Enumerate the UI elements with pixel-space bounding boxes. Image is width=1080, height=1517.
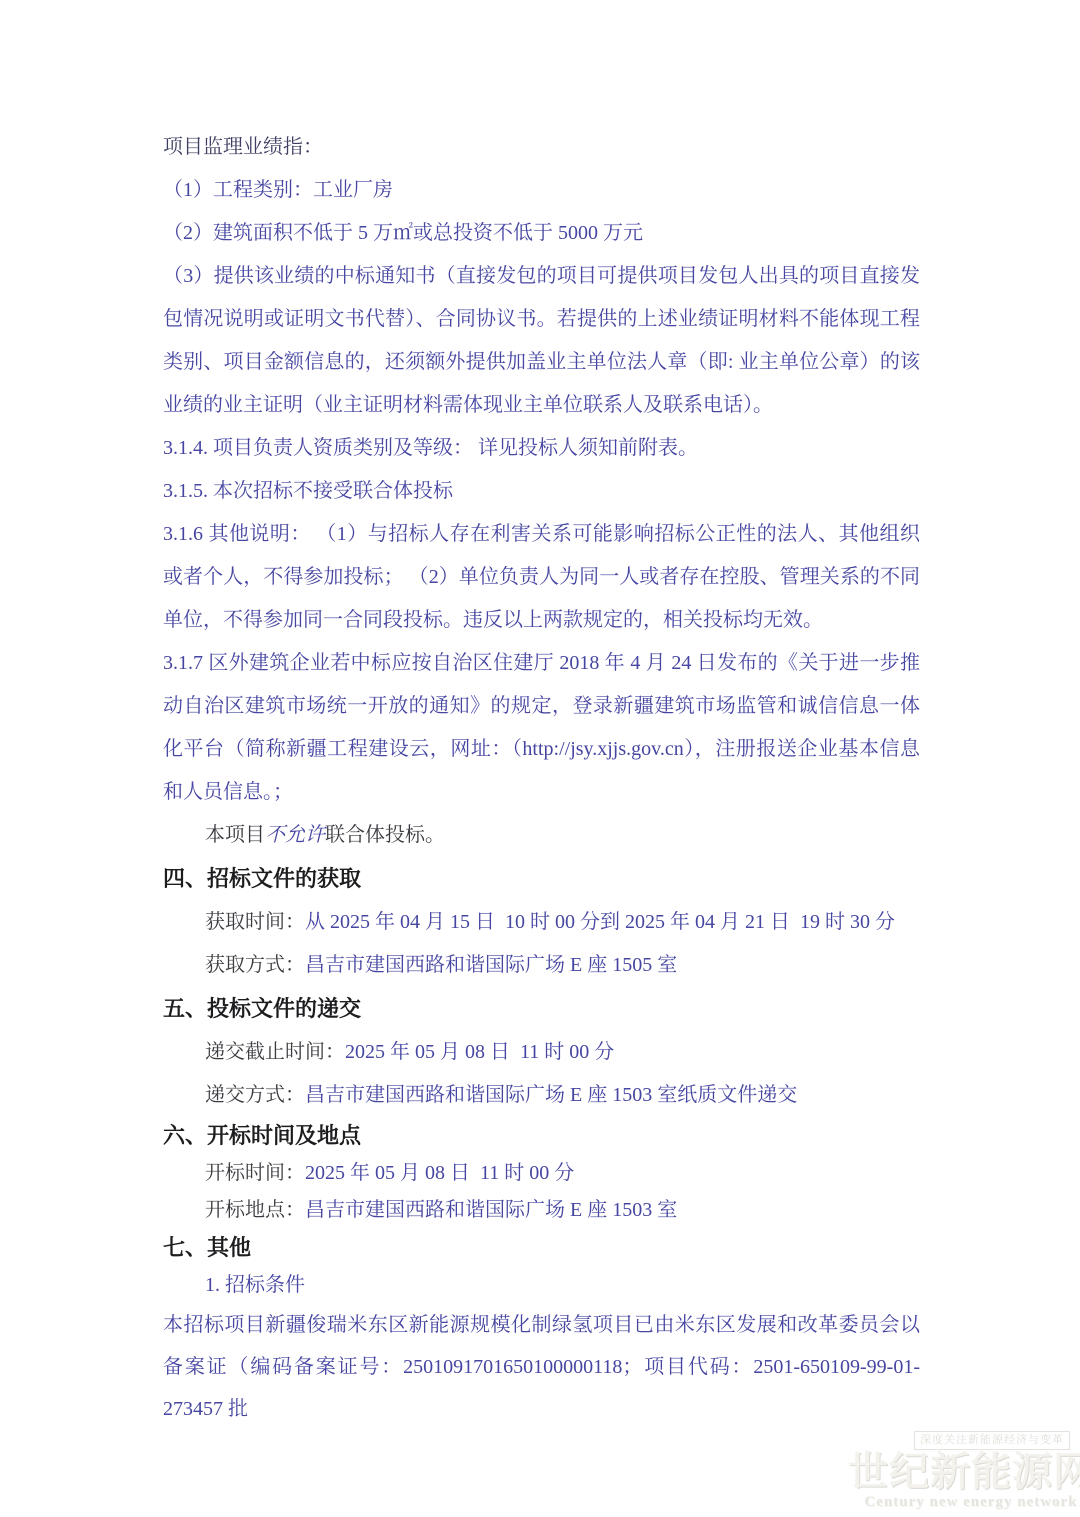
paragraph-item-1: （1）工程类别：工业厂房 [163,169,920,212]
paragraph-no-consortium: 本项目不允许联合体投标。 [163,814,920,857]
acquisition-method-label: 获取方式： [205,954,305,976]
section-heading-bid-opening: 六、开标时间及地点 [163,1117,920,1155]
section-heading-others: 七、其他 [163,1229,920,1267]
watermark-tagline-box: 深度关注新能源经济与变革 [846,1430,1080,1450]
paragraph-project-filing: 本招标项目新疆俊瑞米东区新能源规模化制绿氢项目已由米东区发展和改革委员会以备案证… [163,1304,920,1430]
watermark-subtitle: Century new energy network [846,1494,1080,1511]
section-heading-document-acquisition: 四、招标文件的获取 [163,857,920,901]
opening-place-row: 开标地点：昌吉市建国西路和谐国际广场 E 座 1503 室 [163,1192,920,1229]
document-content: 项目监理业绩指： （1）工程类别：工业厂房 （2）建筑面积不低于 5 万㎡或总投… [163,126,920,1430]
acquisition-time-label: 获取时间： [205,911,305,933]
paragraph-item-3: （3）提供该业绩的中标通知书（直接发包的项目可提供项目发包人出具的项目直接发包情… [163,255,920,427]
no-consortium-suffix: 联合体投标。 [325,824,445,846]
submission-deadline-label: 递交截止时间： [205,1041,345,1063]
paragraph-3-1-6: 3.1.6 其他说明： （1）与招标人存在利害关系可能影响招标公正性的法人、其他… [163,513,920,642]
paragraph-3-1-5: 3.1.5. 本次招标不接受联合体投标 [163,470,920,513]
opening-time-row: 开标时间：2025 年 05 月 08 日 11 时 00 分 [163,1155,920,1192]
watermark: 深度关注新能源经济与变革 世纪新能源网 Century new energy n… [846,1430,1080,1511]
opening-time-value: 2025 年 05 月 08 日 11 时 00 分 [305,1162,574,1184]
opening-place-label: 开标地点： [205,1199,305,1221]
acquisition-time-row: 获取时间：从 2025 年 04 月 15 日 10 时 00 分到 2025 … [163,901,920,944]
submission-method-label: 递交方式： [205,1084,305,1106]
watermark-logo-text: 世纪新能源网 [846,1450,1080,1494]
no-consortium-prefix: 本项目 [205,824,265,846]
subsection-bid-conditions: 1. 招标条件 [163,1267,920,1304]
opening-time-label: 开标时间： [205,1162,305,1184]
submission-deadline-value: 2025 年 05 月 08 日 11 时 00 分 [345,1041,614,1063]
no-consortium-emphasis: 不允许 [265,824,325,846]
submission-deadline-row: 递交截止时间：2025 年 05 月 08 日 11 时 00 分 [163,1031,920,1074]
paragraph-3-1-4: 3.1.4. 项目负责人资质类别及等级： 详见投标人须知前附表。 [163,427,920,470]
section-heading-bid-submission: 五、投标文件的递交 [163,987,920,1031]
watermark-tagline: 深度关注新能源经济与变革 [914,1431,1070,1450]
document-page: 项目监理业绩指： （1）工程类别：工业厂房 （2）建筑面积不低于 5 万㎡或总投… [0,0,1080,1517]
paragraph-3-1-7: 3.1.7 区外建筑企业若中标应按自治区住建厅 2018 年 4 月 24 日发… [163,642,920,814]
opening-place-value: 昌吉市建国西路和谐国际广场 E 座 1503 室 [305,1199,677,1221]
submission-method-row: 递交方式：昌吉市建国西路和谐国际广场 E 座 1503 室纸质文件递交 [163,1074,920,1117]
submission-method-value: 昌吉市建国西路和谐国际广场 E 座 1503 室纸质文件递交 [305,1084,797,1106]
acquisition-method-row: 获取方式：昌吉市建国西路和谐国际广场 E 座 1505 室 [163,944,920,987]
paragraph-supervision-intro: 项目监理业绩指： [163,126,920,169]
acquisition-time-value: 从 2025 年 04 月 15 日 10 时 00 分到 2025 年 04 … [305,911,895,933]
paragraph-item-2: （2）建筑面积不低于 5 万㎡或总投资不低于 5000 万元 [163,212,920,255]
acquisition-method-value: 昌吉市建国西路和谐国际广场 E 座 1505 室 [305,954,677,976]
